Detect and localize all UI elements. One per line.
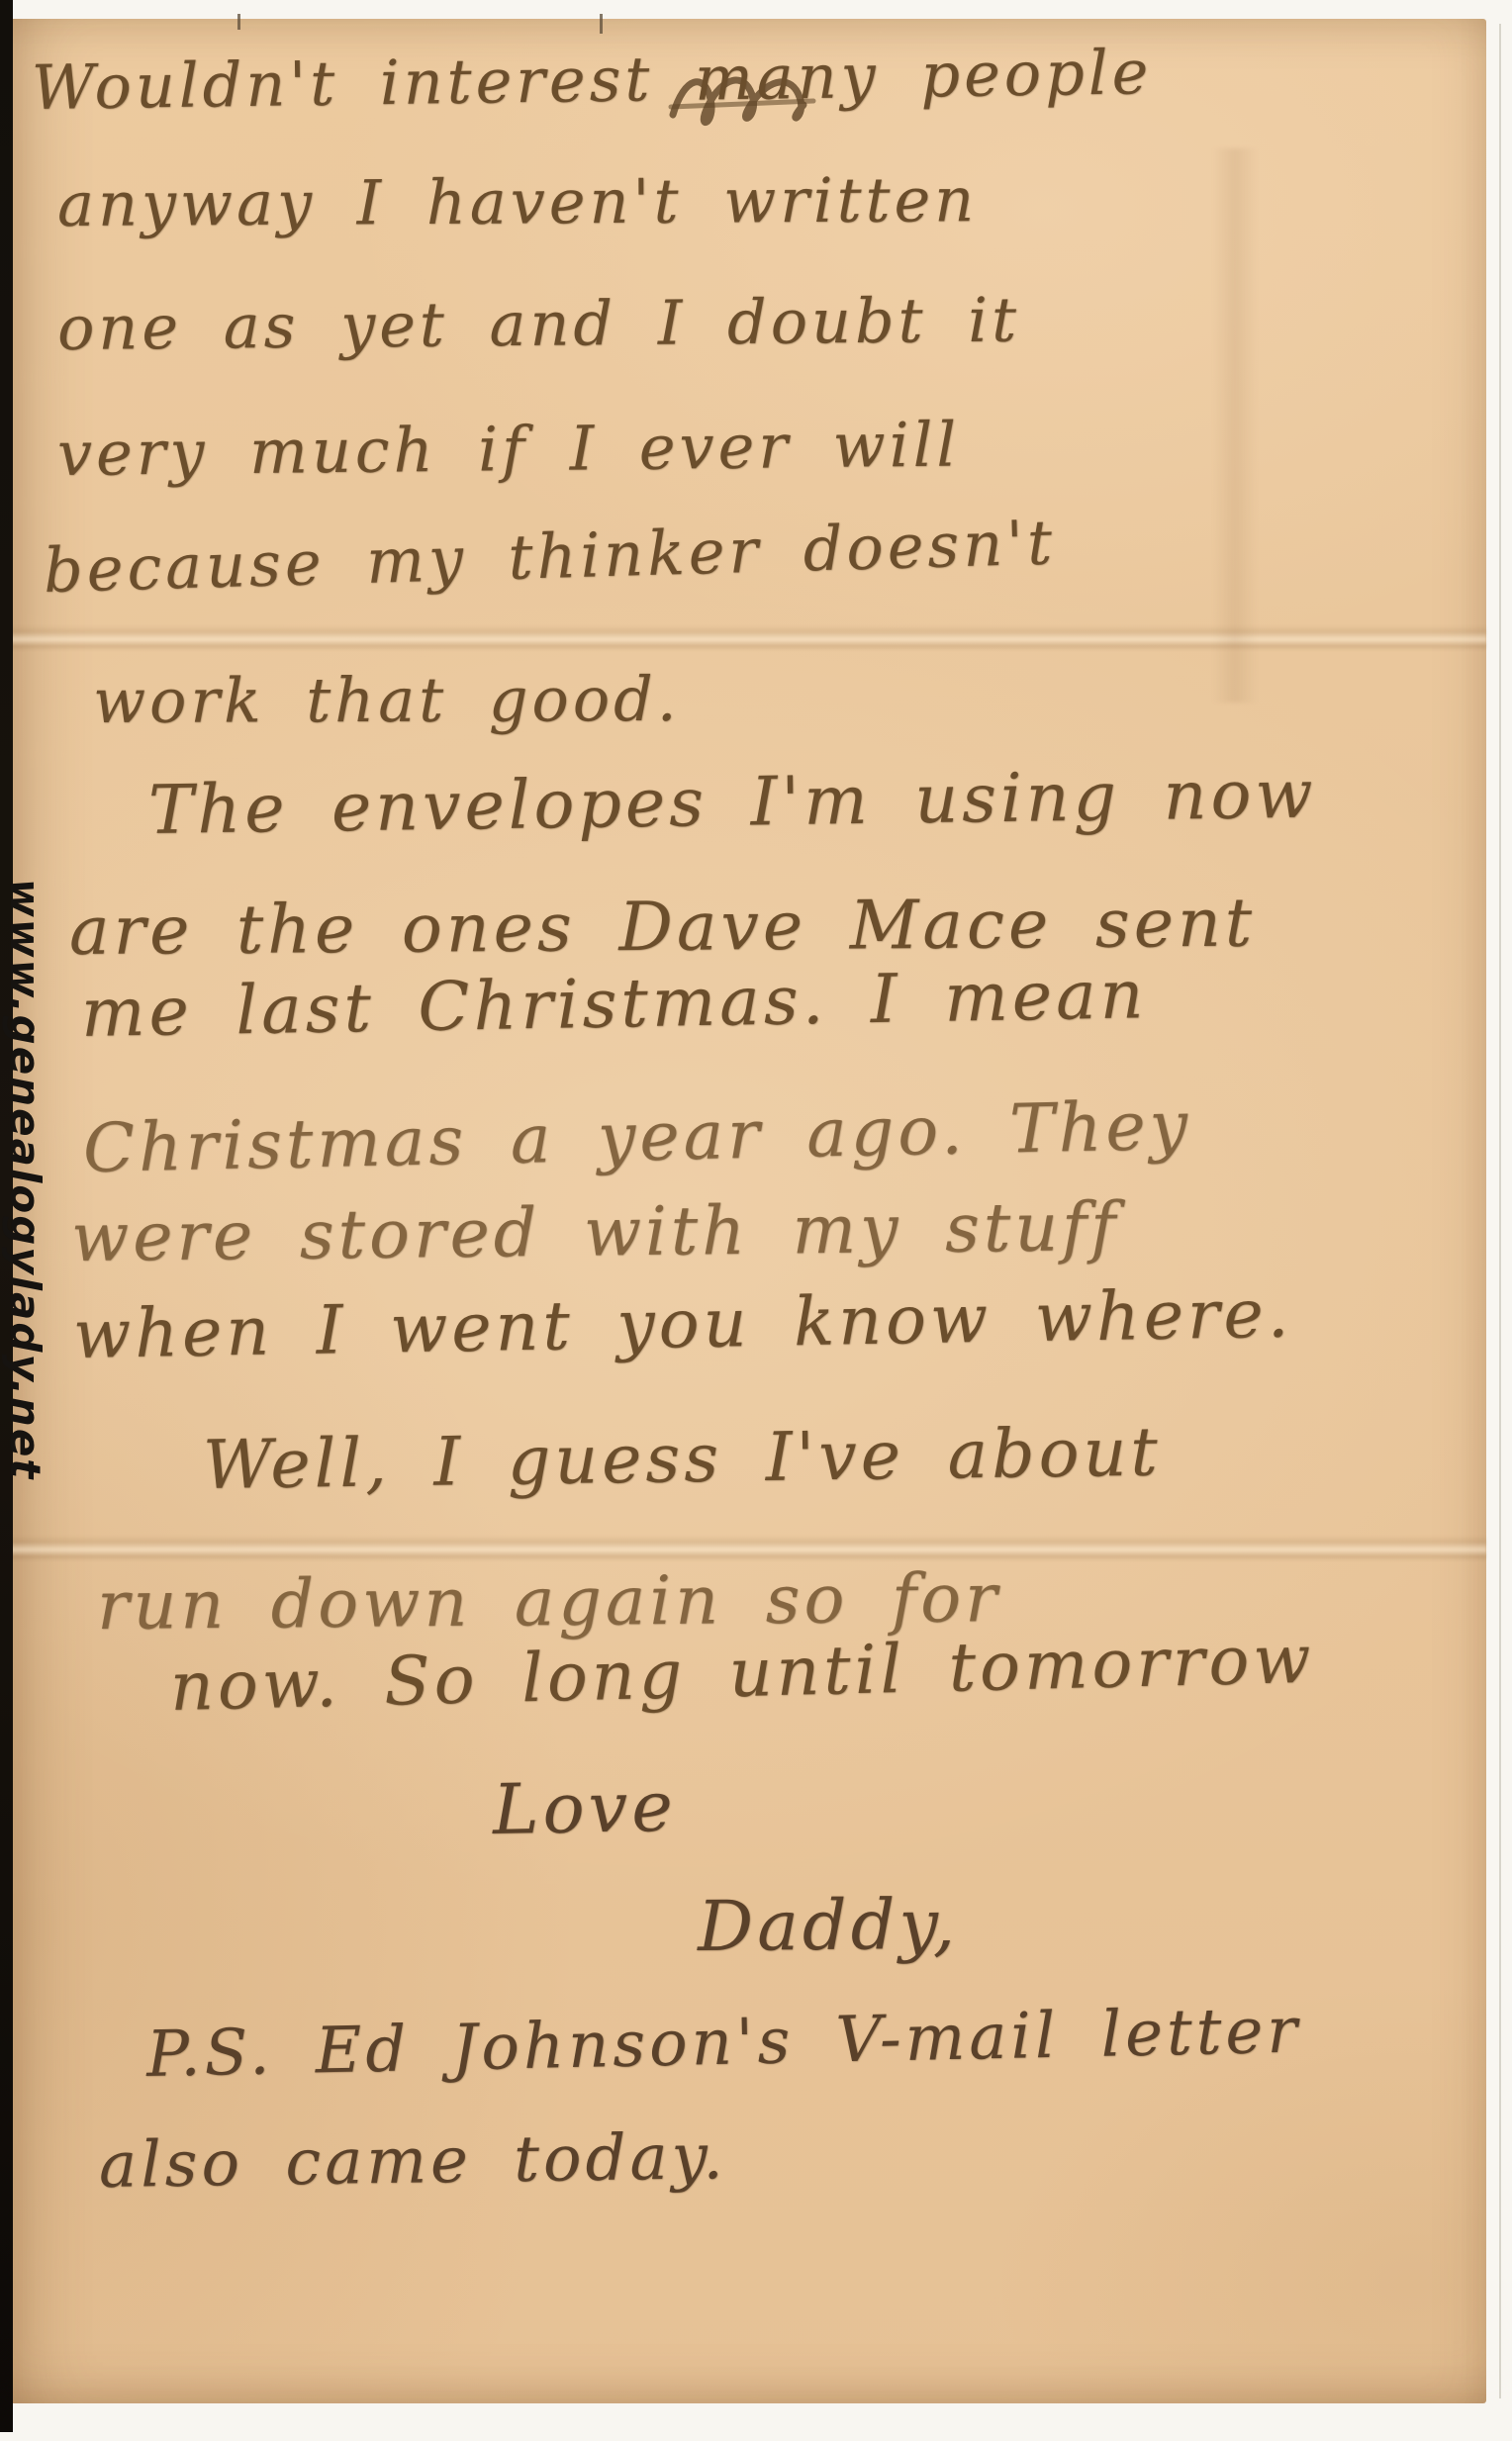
closing-line: Love <box>492 1766 677 1850</box>
fold-crease-upper <box>10 625 1486 651</box>
letter-line: anyway I haven't written <box>57 163 978 240</box>
watermark-url: www.genealogylady.net <box>1 879 49 1480</box>
letter-line: one as yet and I doubt it <box>57 284 1021 364</box>
letter-line: were stored with my stuff <box>71 1188 1120 1277</box>
letter-line: Well, I guess I've about <box>202 1413 1162 1505</box>
fold-crease-lower <box>10 1536 1486 1561</box>
signature-line: Daddy, <box>698 1884 960 1967</box>
letter-line: work that good. <box>93 663 681 737</box>
paper-shading <box>1212 148 1258 703</box>
paper-tear-notch <box>600 14 603 34</box>
postscript-line: also came today. <box>98 2120 727 2203</box>
paper-tear-notch <box>237 14 240 30</box>
scanner-edge-line <box>1499 24 1501 2398</box>
letter-line: very much if I ever will <box>57 408 961 490</box>
letter-line: The envelopes I'm using now <box>147 756 1317 850</box>
